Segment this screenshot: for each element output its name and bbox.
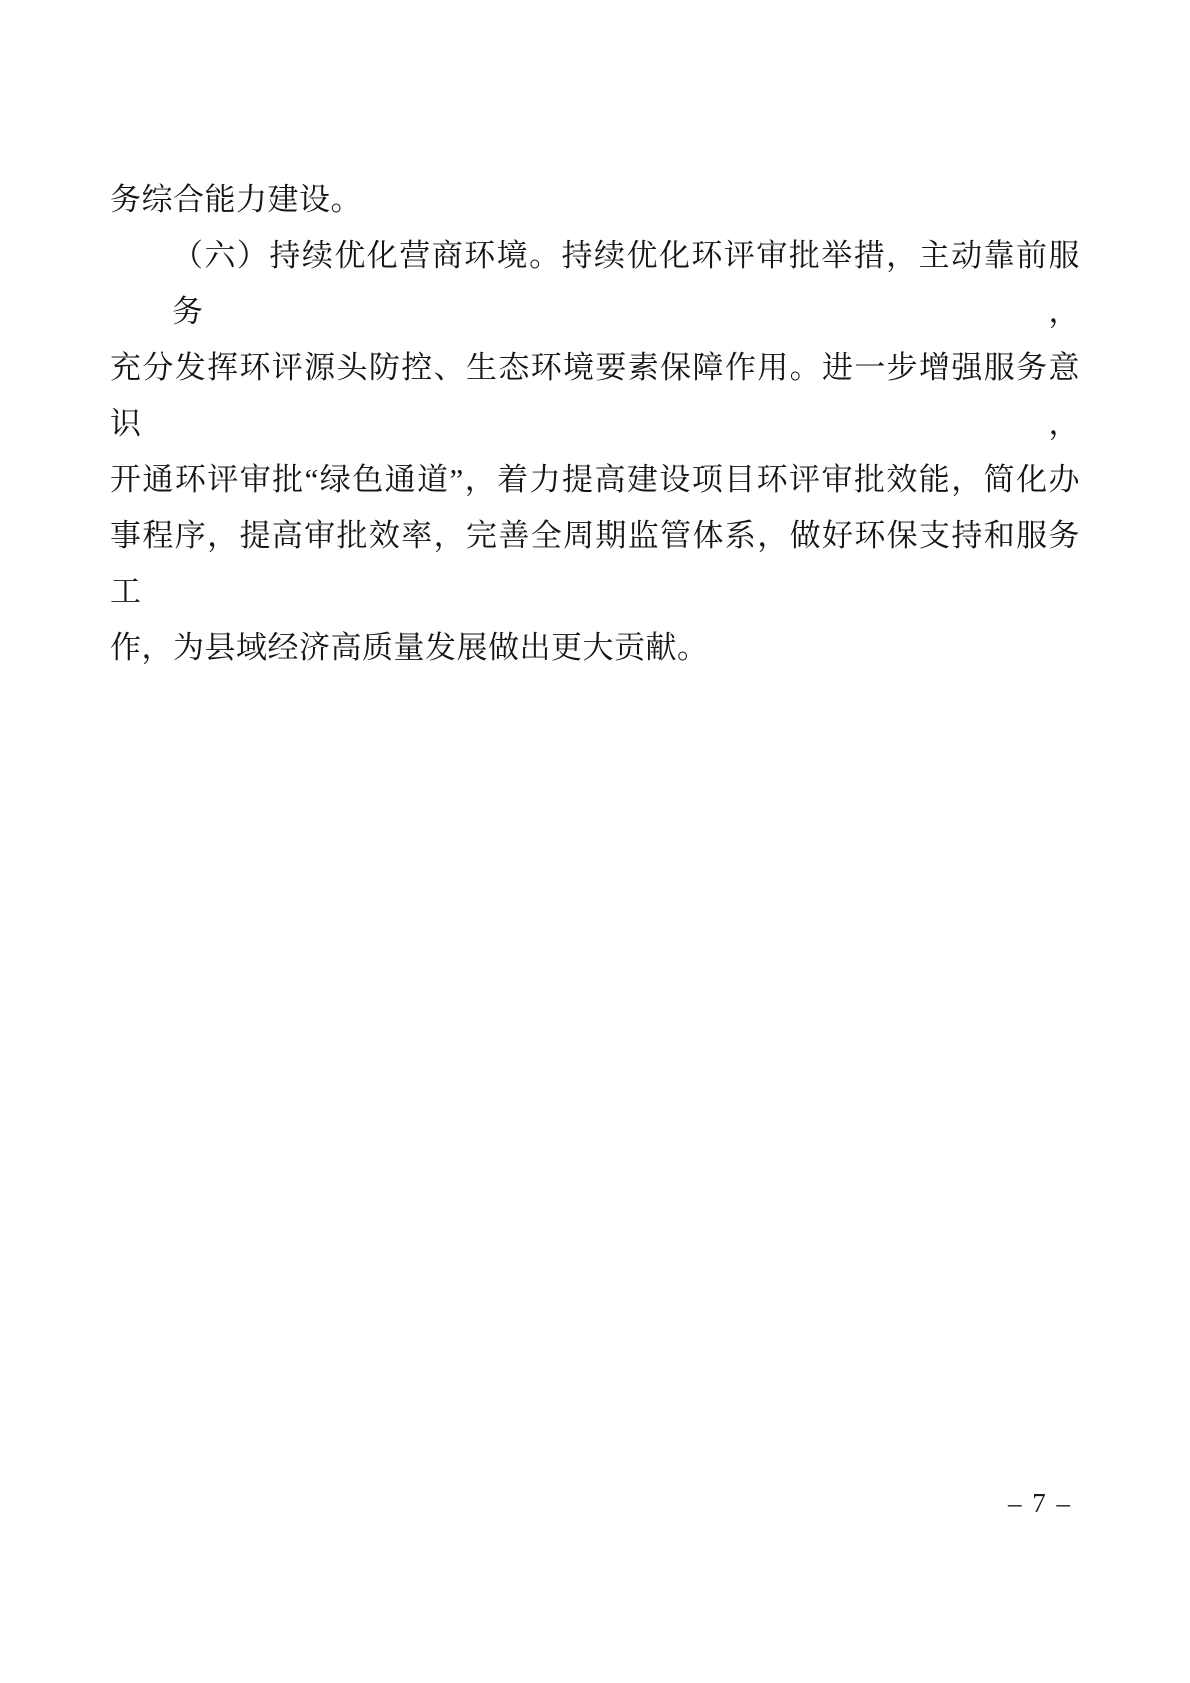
page-number: – 7 – xyxy=(985,1488,1095,1519)
body-line-section-start: （六）持续优化营商环境。持续优化环评审批举措，主动靠前服务， xyxy=(110,228,1080,340)
body-line-paragraph-last: 作，为县域经济高质量发展做出更大贡献。 xyxy=(110,620,1080,676)
body-line: 开通环评审批“绿色通道”，着力提高建设项目环评审批效能，简化办 xyxy=(110,452,1080,508)
body-text-block: 务综合能力建设。 （六）持续优化营商环境。持续优化环评审批举措，主动靠前服务， … xyxy=(110,172,1080,676)
body-line: 充分发挥环评源头防控、生态环境要素保障作用。进一步增强服务意识， xyxy=(110,340,1080,452)
body-line-paragraph-end: 务综合能力建设。 xyxy=(110,172,1080,228)
body-line: 事程序，提高审批效率，完善全周期监管体系，做好环保支持和服务工 xyxy=(110,508,1080,620)
document-page: 务综合能力建设。 （六）持续优化营商环境。持续优化环评审批举措，主动靠前服务， … xyxy=(0,0,1190,1683)
